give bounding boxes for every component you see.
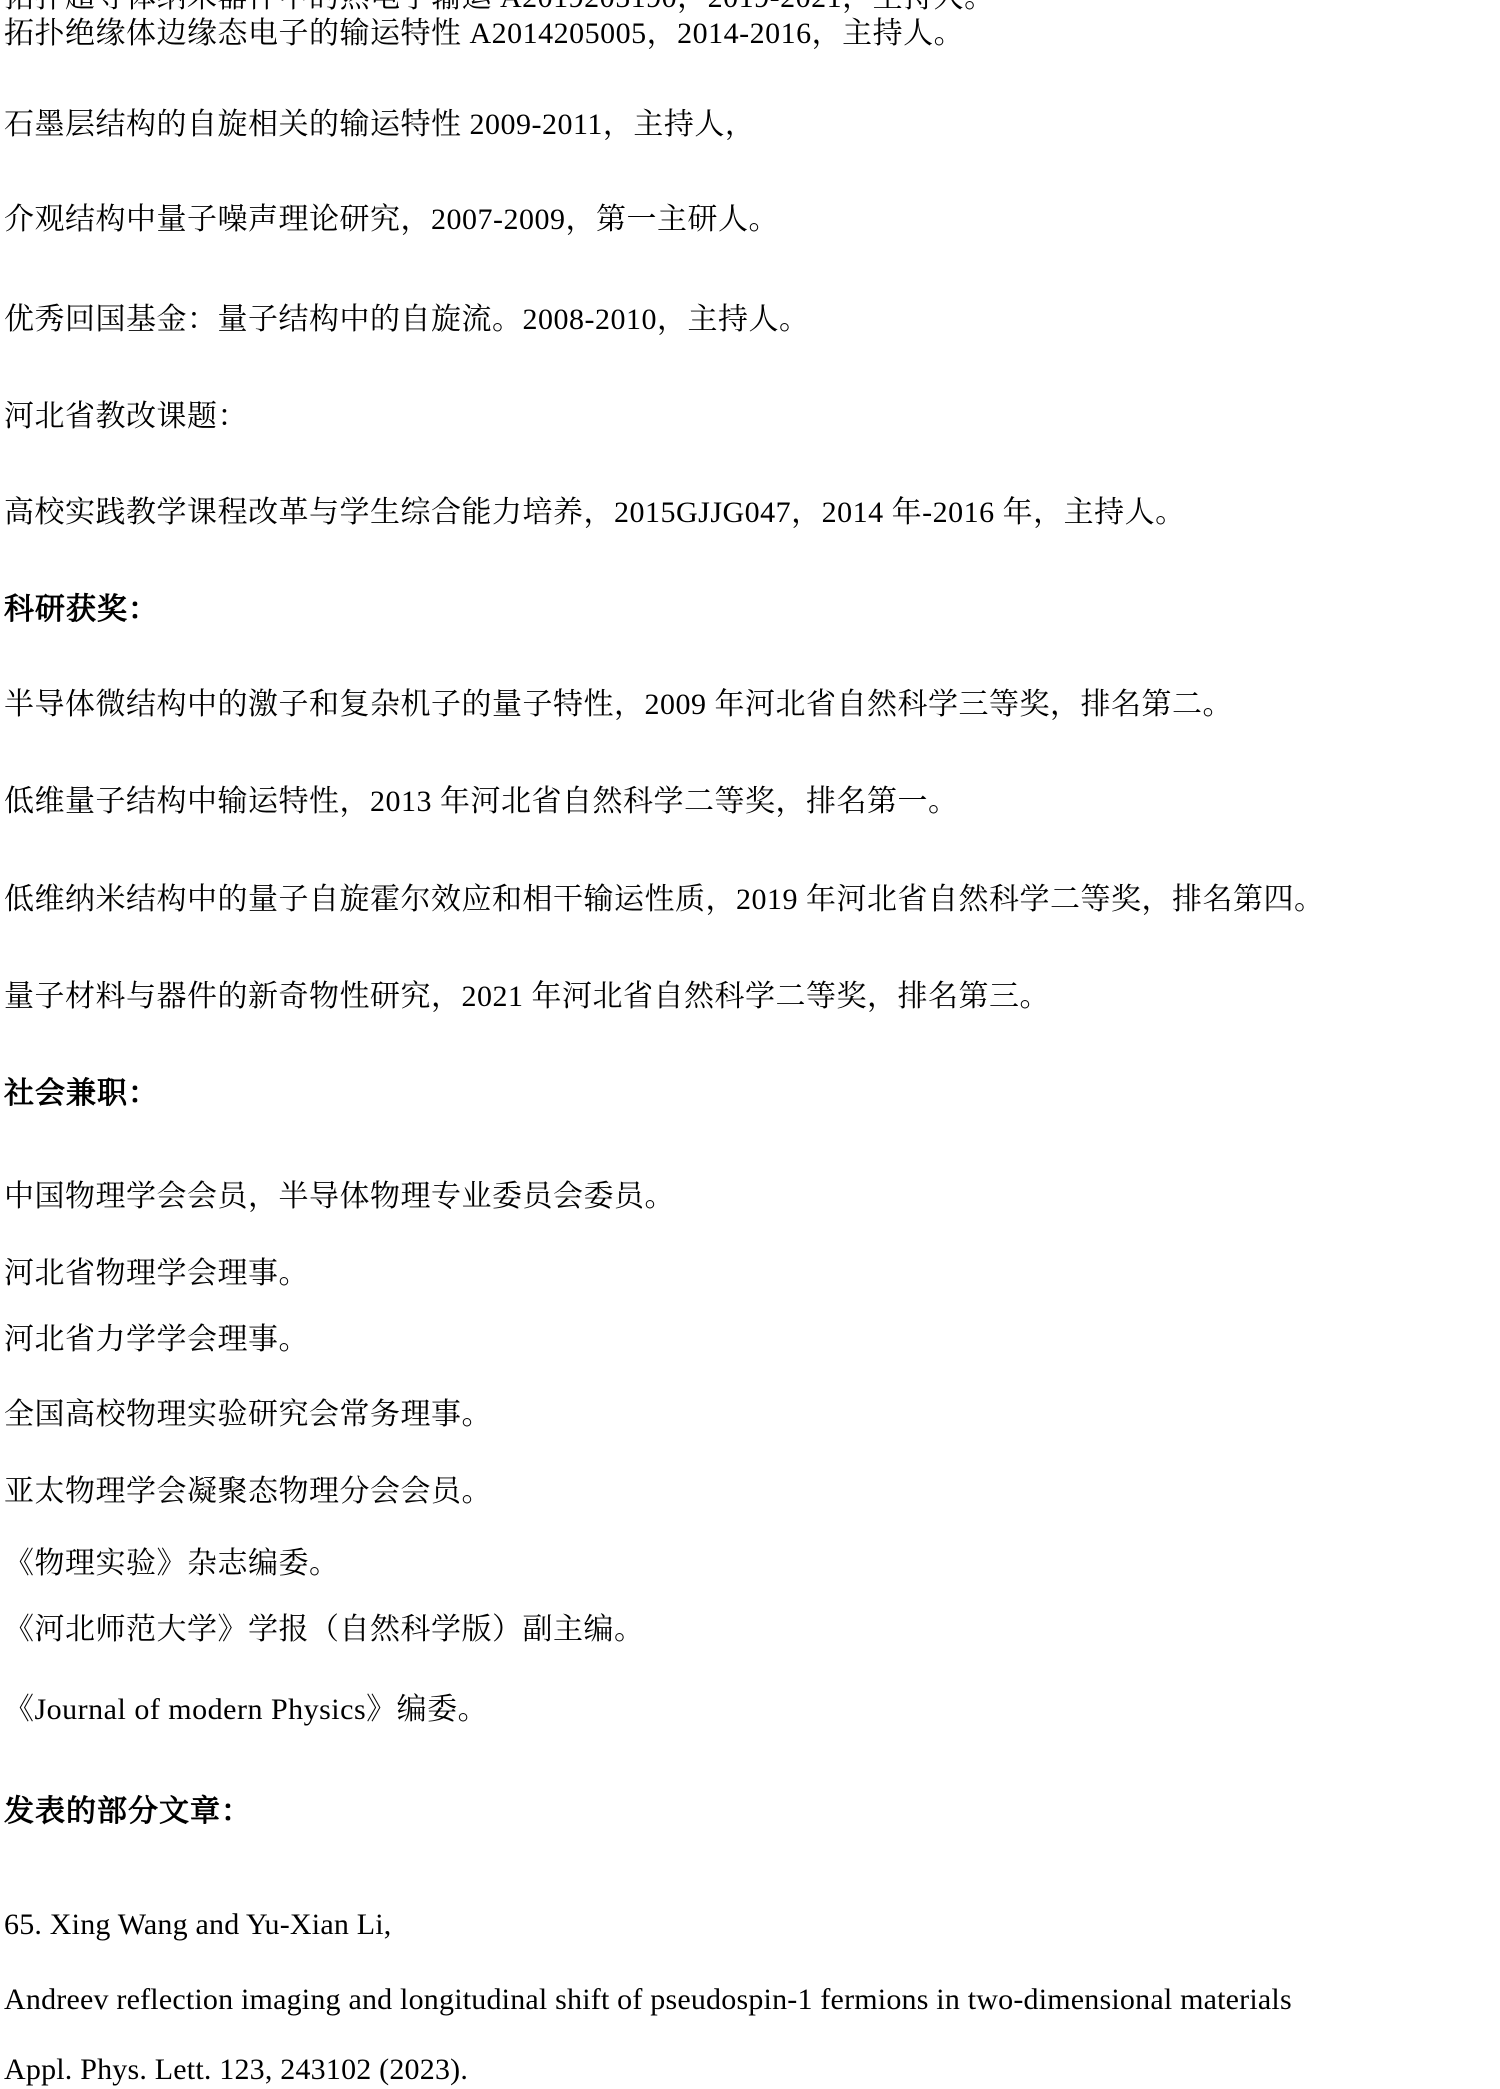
project-line: 石墨层结构的自旋相关的输运特性 2009-2011，主持人， — [4, 105, 755, 145]
membership-line: 河北省物理学会理事。 — [4, 1254, 309, 1294]
publication-number-authors: 65. Xing Wang and Yu-Xian Li, — [4, 1905, 392, 1945]
section-heading-awards: 科研获奖： — [4, 590, 159, 630]
teaching-reform-line: 高校实践教学课程改革与学生综合能力培养，2015GJJG047，2014 年-2… — [4, 493, 1186, 533]
award-line: 量子材料与器件的新奇物性研究，2021 年河北省自然科学二等奖，排名第三。 — [4, 977, 1050, 1017]
membership-line: 《Journal of modern Physics》编委。 — [4, 1690, 488, 1730]
publication-journal: Appl. Phys. Lett. 123, 243102 (2023). — [4, 2050, 468, 2089]
project-line: 拓扑绝缘体边缘态电子的输运特性 A2014205005，2014-2016，主持… — [4, 14, 964, 54]
section-heading-publications: 发表的部分文章： — [4, 1792, 252, 1832]
project-line: 优秀回国基金：量子结构中的自旋流。2008-2010，主持人。 — [4, 300, 810, 340]
membership-line: 全国高校物理实验研究会常务理事。 — [4, 1395, 492, 1435]
teaching-reform-intro: 河北省教改课题： — [4, 397, 248, 437]
membership-line: 亚太物理学会凝聚态物理分会会员。 — [4, 1472, 492, 1512]
membership-line: 《河北师范大学》学报（自然科学版）副主编。 — [4, 1610, 645, 1650]
award-line: 低维量子结构中输运特性，2013 年河北省自然科学二等奖，排名第一。 — [4, 782, 959, 822]
award-line: 低维纳米结构中的量子自旋霍尔效应和相干输运性质，2019 年河北省自然科学二等奖… — [4, 880, 1325, 920]
award-line: 半导体微结构中的激子和复杂机子的量子特性，2009 年河北省自然科学三等奖，排名… — [4, 685, 1233, 725]
document-page: 拓扑超导体纳米器件中的热电子输运 A2019205190，2019-2021，主… — [0, 0, 1500, 2089]
publication-title: Andreev reflection imaging and longitudi… — [4, 1980, 1292, 2020]
membership-line: 河北省力学学会理事。 — [4, 1320, 309, 1360]
section-heading-memberships: 社会兼职： — [4, 1074, 159, 1114]
project-line: 介观结构中量子噪声理论研究，2007-2009，第一主研人。 — [4, 200, 779, 240]
membership-line: 中国物理学会会员，半导体物理专业委员会委员。 — [4, 1177, 675, 1217]
membership-line: 《物理实验》杂志编委。 — [4, 1544, 340, 1584]
